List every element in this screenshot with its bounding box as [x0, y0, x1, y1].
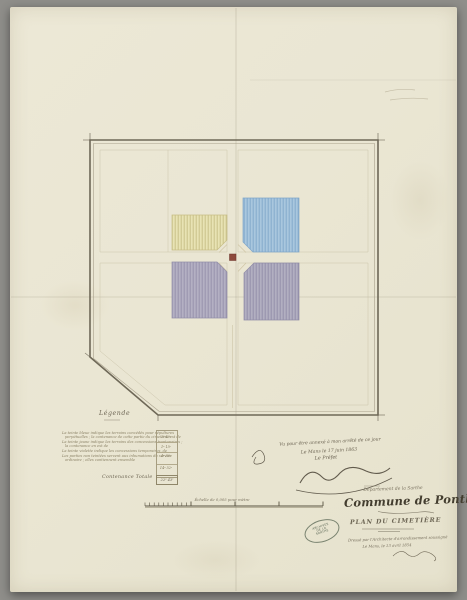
block-blue	[243, 198, 299, 252]
scale-label: Échelle de 0,005 pour mètre	[190, 497, 254, 502]
legend-value: 1ᵃ 15ᶜ	[156, 445, 176, 449]
block-violet-west	[172, 262, 227, 318]
scanned-archival-plan: Légende La teinte bleue indique les terr…	[0, 0, 467, 600]
block-yellow	[172, 215, 227, 250]
legend-value: 14ᵃ 52ᶜ	[156, 466, 176, 470]
architect-signature	[393, 551, 436, 561]
legend-value: 4ᵃ 36ᶜ	[156, 454, 176, 458]
legend-heading: Légende	[99, 410, 130, 417]
scale-bar	[145, 502, 323, 508]
block-violet-east	[244, 263, 299, 320]
survey-corner-ticks	[83, 133, 385, 421]
boundary-wall	[83, 133, 385, 421]
central-monument	[230, 254, 237, 261]
legend-total-value: 22ᵃ 43ᶜ	[156, 475, 178, 485]
legend-value: 2ᵃ 40ᶜ	[156, 435, 176, 439]
plot-outlines	[100, 150, 368, 408]
pencil-annotation	[385, 89, 428, 100]
legend-total-label: Contenance Totale	[102, 475, 152, 480]
cemetery-plan-drawing	[0, 0, 467, 600]
